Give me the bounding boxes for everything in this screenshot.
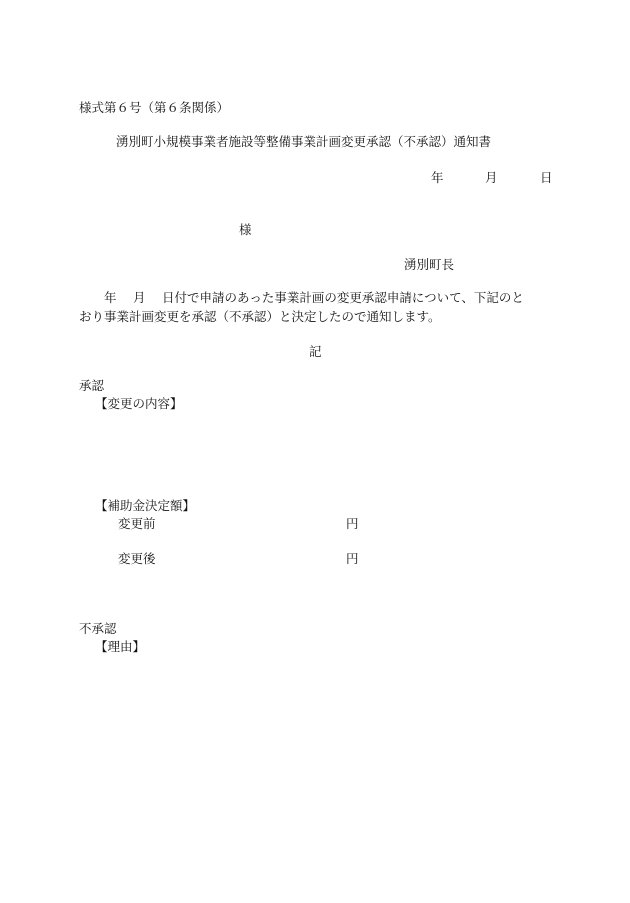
after-label: 変更後 [118, 553, 156, 566]
date-month: 月 [485, 172, 498, 185]
after-unit: 円 [346, 553, 359, 566]
body-year: 年 [104, 292, 117, 305]
body-line1: 日付で申請のあった事業計画の変更承認申請について、下記のと [162, 292, 524, 305]
change-content-label: 【変更の内容】 [95, 398, 183, 411]
document-title: 湧別町小規模事業者施設等整備事業計画変更承認（不承認）通知書 [116, 136, 491, 149]
issuer: 湧別町長 [404, 259, 454, 272]
reason-label: 【理由】 [95, 641, 145, 654]
before-unit: 円 [346, 518, 359, 531]
ki-label: 記 [309, 346, 322, 359]
date-day: 日 [540, 172, 553, 185]
addressee-suffix: 様 [239, 224, 252, 237]
before-label: 変更前 [118, 518, 156, 531]
approval-heading: 承認 [79, 380, 104, 393]
date-year: 年 [431, 172, 444, 185]
body-month: 月 [133, 292, 146, 305]
subsidy-label: 【補助金決定額】 [95, 500, 195, 513]
form-number: 様式第６号（第６条関係） [79, 102, 229, 115]
disapproval-heading: 不承認 [79, 623, 117, 636]
body-line2: おり事業計画変更を承認（不承認）と決定したので通知します。 [79, 311, 441, 324]
